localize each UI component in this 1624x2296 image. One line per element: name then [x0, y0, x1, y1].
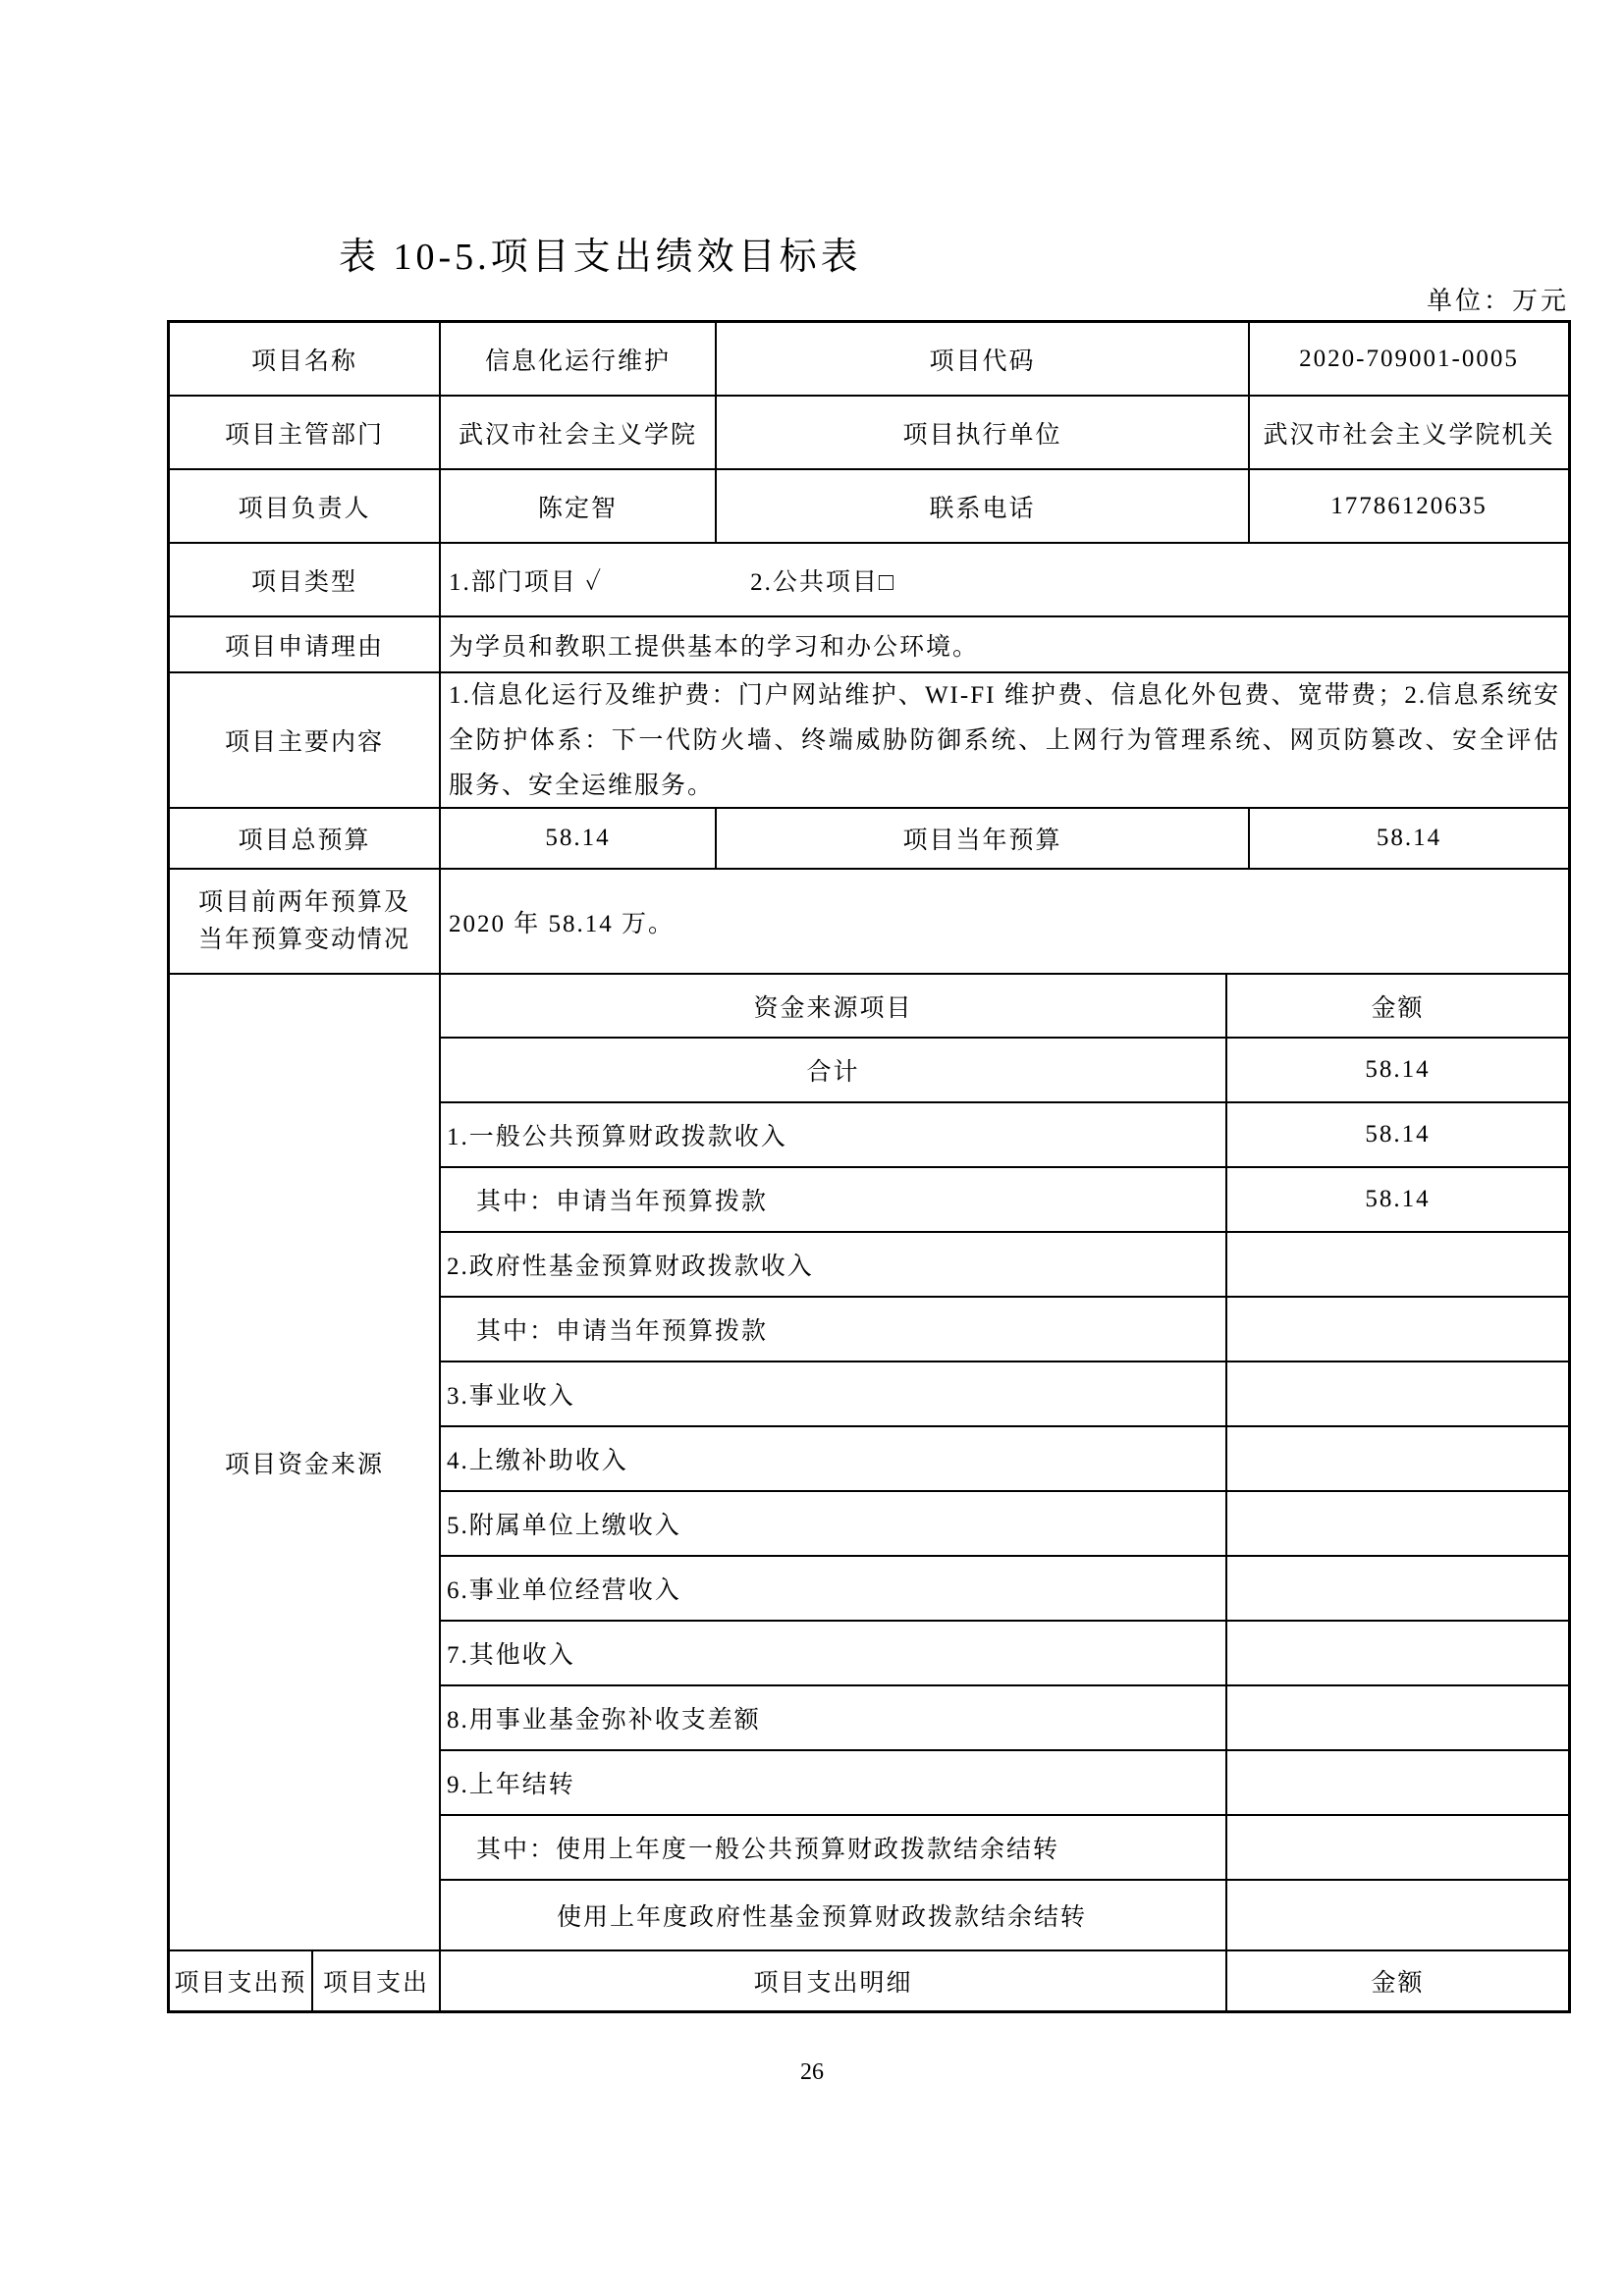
phone-label: 联系电话 — [717, 470, 1250, 542]
project-name-label: 项目名称 — [170, 323, 441, 395]
funding-row-total: 合计 58.14 — [441, 1039, 1568, 1103]
project-type-options: 1.部门项目 ✓ 2.公共项目□ — [441, 544, 1568, 615]
funding-item: 8.用事业基金弥补收支差额 — [441, 1686, 1227, 1749]
project-code-value: 2020-709001-0005 — [1250, 323, 1568, 395]
funding-row: 6.事业单位经营收入 — [441, 1557, 1568, 1622]
performance-target-table: 项目名称 信息化运行维护 项目代码 2020-709001-0005 项目主管部… — [167, 320, 1571, 2013]
funding-row: 1.一般公共预算财政拨款收入 58.14 — [441, 1103, 1568, 1168]
phone-value: 17786120635 — [1250, 470, 1568, 542]
funding-row: 使用上年度政府性基金预算财政拨款结余结转 — [441, 1881, 1568, 1949]
funding-amount — [1227, 1686, 1568, 1749]
executing-unit-value: 武汉市社会主义学院机关 — [1250, 397, 1568, 468]
funding-item: 6.事业单位经营收入 — [441, 1557, 1227, 1620]
funding-amount: 58.14 — [1227, 1039, 1568, 1101]
project-code-label: 项目代码 — [717, 323, 1250, 395]
funding-row: 其中：申请当年预算拨款 — [441, 1298, 1568, 1362]
funding-item: 其中：申请当年预算拨款 — [441, 1168, 1227, 1231]
funding-amount — [1227, 1298, 1568, 1361]
funding-item: 2.政府性基金预算财政拨款收入 — [441, 1233, 1227, 1296]
project-type-label: 项目类型 — [170, 544, 441, 615]
table-row-budget: 项目总预算 58.14 项目当年预算 58.14 — [170, 809, 1568, 870]
document-title: 表 10-5.项目支出绩效目标表 — [339, 226, 862, 280]
funding-amount — [1227, 1557, 1568, 1620]
project-type-option-department: 1.部门项目 ✓ — [449, 562, 603, 598]
funding-amount — [1227, 1492, 1568, 1555]
unit-label: 单位：万元 — [167, 281, 1569, 317]
funding-header-row: 资金来源项目 金额 — [441, 975, 1568, 1039]
previous-budget-label: 项目前两年预算及当年预算变动情况 — [170, 870, 441, 973]
table-row-apply-reason: 项目申请理由 为学员和教职工提供基本的学习和办公环境。 — [170, 617, 1568, 673]
funding-item: 4.上缴补助收入 — [441, 1427, 1227, 1490]
apply-reason-label: 项目申请理由 — [170, 617, 441, 671]
funding-amount: 58.14 — [1227, 1103, 1568, 1166]
manager-value: 陈定智 — [441, 470, 717, 542]
funding-amount: 58.14 — [1227, 1168, 1568, 1231]
funding-row: 7.其他收入 — [441, 1622, 1568, 1686]
main-content-value: 1.信息化运行及维护费：门户网站维护、WI-FI 维护费、信息化外包费、宽带费；… — [441, 673, 1568, 807]
funding-amount — [1227, 1233, 1568, 1296]
department-value: 武汉市社会主义学院 — [441, 397, 717, 468]
manager-label: 项目负责人 — [170, 470, 441, 542]
table-row-previous-budget: 项目前两年预算及当年预算变动情况 2020 年 58.14 万。 — [170, 870, 1568, 975]
funding-amount — [1227, 1362, 1568, 1425]
department-label: 项目主管部门 — [170, 397, 441, 468]
total-budget-value: 58.14 — [441, 809, 717, 868]
expenditure-header-row: 项目支出预 项目支出 项目支出明细 金额 — [170, 1951, 1568, 2010]
table-row-main-content: 项目主要内容 1.信息化运行及维护费：门户网站维护、WI-FI 维护费、信息化外… — [170, 673, 1568, 809]
funding-row: 其中：使用上年度一般公共预算财政拨款结余结转 — [441, 1816, 1568, 1881]
funding-item: 1.一般公共预算财政拨款收入 — [441, 1103, 1227, 1166]
funding-item: 其中：申请当年预算拨款 — [441, 1298, 1227, 1361]
funding-header-amount: 金额 — [1227, 975, 1568, 1037]
apply-reason-value: 为学员和教职工提供基本的学习和办公环境。 — [441, 617, 1568, 671]
funding-row: 5.附属单位上缴收入 — [441, 1492, 1568, 1557]
funding-row: 9.上年结转 — [441, 1751, 1568, 1816]
funding-header-item: 资金来源项目 — [441, 975, 1227, 1037]
table-row-project-name: 项目名称 信息化运行维护 项目代码 2020-709001-0005 — [170, 323, 1568, 397]
expenditure-budget-label: 项目支出预 — [170, 1951, 313, 2010]
funding-row: 4.上缴补助收入 — [441, 1427, 1568, 1492]
funding-amount — [1227, 1881, 1568, 1949]
funding-row: 3.事业收入 — [441, 1362, 1568, 1427]
funding-amount — [1227, 1622, 1568, 1684]
table-row-department: 项目主管部门 武汉市社会主义学院 项目执行单位 武汉市社会主义学院机关 — [170, 397, 1568, 470]
project-type-option-public: 2.公共项目□ — [750, 562, 895, 598]
funding-item: 3.事业收入 — [441, 1362, 1227, 1425]
table-row-manager: 项目负责人 陈定智 联系电话 17786120635 — [170, 470, 1568, 544]
funding-item: 其中：使用上年度一般公共预算财政拨款结余结转 — [441, 1816, 1227, 1879]
funding-amount — [1227, 1816, 1568, 1879]
table-row-project-type: 项目类型 1.部门项目 ✓ 2.公共项目□ — [170, 544, 1568, 617]
current-year-budget-value: 58.14 — [1250, 809, 1568, 868]
funding-item: 9.上年结转 — [441, 1751, 1227, 1814]
funding-item: 7.其他收入 — [441, 1622, 1227, 1684]
funding-section-label: 项目资金来源 — [170, 975, 441, 1949]
page-number: 26 — [0, 2059, 1624, 2086]
funding-subtable: 资金来源项目 金额 合计 58.14 1.一般公共预算财政拨款收入 58.14 … — [441, 975, 1568, 1949]
expenditure-label: 项目支出 — [313, 1951, 441, 2010]
funding-row: 其中：申请当年预算拨款 58.14 — [441, 1168, 1568, 1233]
funding-row: 8.用事业基金弥补收支差额 — [441, 1686, 1568, 1751]
document-page: 表 10-5.项目支出绩效目标表 单位：万元 项目名称 信息化运行维护 项目代码… — [0, 0, 1624, 2296]
expenditure-amount-label: 金额 — [1227, 1951, 1568, 2010]
funding-section: 项目资金来源 资金来源项目 金额 合计 58.14 1.一般公共预算财政拨款收入… — [170, 975, 1568, 1951]
previous-budget-value: 2020 年 58.14 万。 — [441, 870, 1568, 973]
executing-unit-label: 项目执行单位 — [717, 397, 1250, 468]
funding-amount — [1227, 1427, 1568, 1490]
expenditure-detail-label: 项目支出明细 — [441, 1951, 1227, 2010]
funding-item: 合计 — [441, 1039, 1227, 1101]
total-budget-label: 项目总预算 — [170, 809, 441, 868]
main-content-label: 项目主要内容 — [170, 673, 441, 807]
funding-row: 2.政府性基金预算财政拨款收入 — [441, 1233, 1568, 1298]
funding-item: 5.附属单位上缴收入 — [441, 1492, 1227, 1555]
funding-amount — [1227, 1751, 1568, 1814]
project-name-value: 信息化运行维护 — [441, 323, 717, 395]
current-year-budget-label: 项目当年预算 — [717, 809, 1250, 868]
funding-item: 使用上年度政府性基金预算财政拨款结余结转 — [441, 1881, 1227, 1949]
